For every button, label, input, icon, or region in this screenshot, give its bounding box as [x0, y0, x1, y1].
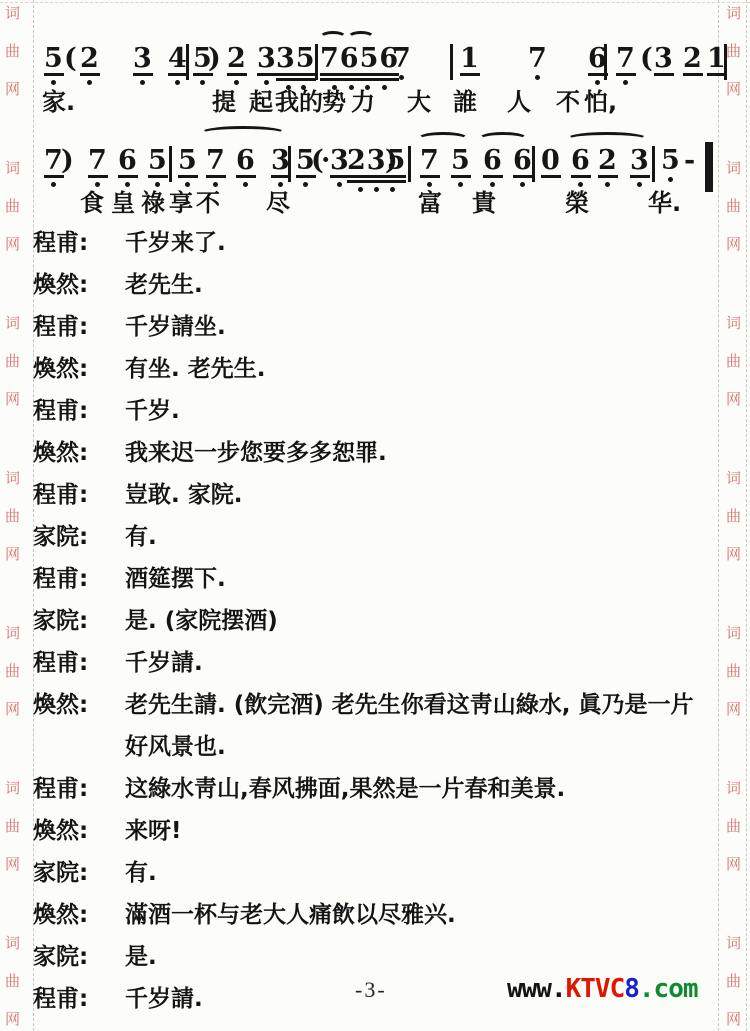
duration-underline	[118, 175, 138, 178]
duration-underline	[88, 175, 108, 178]
watermark-char: 曲	[5, 354, 20, 370]
octave-dot-row	[148, 182, 168, 187]
site-watermark-segment: 8	[624, 974, 639, 1004]
dialogue-text: 千岁請.	[125, 642, 203, 684]
barline	[186, 44, 189, 80]
octave-dot-row	[44, 182, 64, 187]
octave-dot-row	[571, 182, 591, 187]
duration-underline	[276, 73, 316, 76]
duration-underline	[451, 175, 471, 178]
dialogue-line: 家院:有.	[33, 516, 738, 558]
dialogue-line: 家院:有.	[33, 852, 738, 894]
octave-dot-row	[227, 80, 247, 85]
note-digits: 6	[236, 148, 256, 173]
barline	[315, 44, 318, 80]
lyric-syllable: 我	[275, 89, 299, 115]
duration-underline	[257, 73, 277, 76]
octave-dot-row	[271, 182, 291, 187]
jianpu-note: 2	[227, 46, 247, 85]
lyric-syllable: 尽	[266, 190, 290, 216]
dialogue-text: 酒筵摆下.	[125, 558, 226, 600]
duration-underline	[320, 78, 399, 81]
octave-dot-row	[451, 182, 471, 187]
watermark-char: 词	[5, 936, 20, 952]
note-digits: )	[208, 46, 222, 71]
octave-dot	[427, 182, 432, 187]
octave-dot-row	[236, 182, 256, 187]
octave-dot-row	[630, 182, 650, 187]
barline	[169, 146, 172, 182]
watermark-char: 词	[5, 471, 20, 487]
dialogue-line: 煥然:老先生.	[33, 264, 738, 306]
jianpu-note: 7	[88, 148, 108, 187]
note-digits: )	[61, 148, 75, 173]
barline	[450, 44, 453, 80]
lyric-syllable: 起	[249, 89, 273, 115]
jianpu-note: -	[684, 148, 696, 173]
scanned-page: 词曲网词曲网词曲网词曲网词曲网词曲网词曲网 词曲网词曲网词曲网词曲网词曲网词曲网…	[0, 0, 750, 1031]
dialogue-line: 程甫:酒筵摆下.	[33, 558, 738, 600]
dialogue-text: 好风景也.	[125, 726, 226, 768]
duration-underline	[236, 175, 256, 178]
dialogue-text: 千岁.	[125, 390, 180, 432]
duration-underline	[148, 175, 168, 178]
lyric-syllable: 享	[169, 190, 193, 216]
octave-dot-row	[347, 187, 406, 192]
duration-underline	[276, 78, 316, 81]
note-digits: 4	[168, 46, 188, 71]
lyric-syllable: 富	[418, 190, 442, 216]
dialogue-text: 来呀!	[125, 810, 182, 852]
note-digits: 0	[541, 148, 561, 173]
dialogue-line: 程甫:千岁.	[33, 390, 738, 432]
note-digits: 5	[178, 148, 198, 173]
octave-dot	[303, 182, 308, 187]
note-digits: )	[385, 148, 399, 173]
barline	[288, 146, 291, 182]
lyric-syllable: 皇	[111, 190, 135, 216]
octave-dot	[175, 80, 180, 85]
octave-dot	[87, 80, 92, 85]
duration-underline	[513, 175, 533, 178]
dialogue-text: 老先生請. (飲完酒) 老先生你看这靑山綠水, 眞乃是一片	[125, 684, 694, 726]
note-digits: 3	[257, 46, 277, 71]
lyric-syllable: 势	[322, 89, 346, 115]
lyric-syllable: 大	[407, 89, 431, 115]
octave-dot	[520, 182, 525, 187]
lyric-syllable: 家.	[42, 89, 75, 115]
jianpu-note: 7	[420, 148, 440, 187]
octave-dot	[605, 182, 610, 187]
speaker-label: 程甫:	[33, 978, 93, 1020]
jianpu-note: 35	[276, 46, 316, 90]
speaker-label: 家院:	[33, 600, 93, 642]
watermark-char: 网	[5, 392, 20, 408]
jianpu-note: 2	[598, 148, 618, 187]
duration-underline	[420, 175, 440, 178]
speaker-label: 家院:	[33, 936, 93, 978]
octave-dot	[243, 182, 248, 187]
speaker-label: 家院:	[33, 852, 93, 894]
dialogue-line: 程甫:千岁請.	[33, 642, 738, 684]
duration-underline	[683, 73, 703, 76]
dialogue-line: 程甫:千岁来了.	[33, 222, 738, 264]
jianpu-note: )	[61, 148, 75, 173]
speaker-label: 煥然:	[33, 894, 93, 936]
dialogue-text: 有坐. 老先生.	[125, 348, 265, 390]
octave-dot	[200, 80, 205, 85]
octave-dot-row	[420, 182, 440, 187]
dialogue-text: 千岁請.	[125, 978, 203, 1020]
octave-dot	[140, 80, 145, 85]
watermark-char: 词	[5, 316, 20, 332]
speaker-label: 家院:	[33, 516, 93, 558]
jianpu-note: 7	[528, 46, 548, 80]
octave-dot-row	[133, 80, 153, 85]
lyric-syllable: 食	[80, 190, 104, 216]
octave-dot-row	[168, 80, 188, 85]
octave-dot-row	[598, 182, 618, 187]
note-digits: 7	[528, 46, 548, 71]
jianpu-note: 6	[236, 148, 256, 187]
barline	[604, 44, 607, 80]
octave-dot-row	[513, 182, 533, 187]
speaker-label: 煥然:	[33, 684, 93, 726]
duration-underline	[571, 175, 591, 178]
octave-dot	[358, 187, 363, 192]
octave-dot	[337, 182, 342, 187]
note-digits: 3	[630, 148, 650, 173]
jianpu-note: )	[208, 46, 222, 71]
duration-underline	[654, 73, 674, 76]
speaker-label: 程甫:	[33, 306, 93, 348]
lyric-syllable: 不	[556, 89, 580, 115]
duration-underline	[320, 73, 399, 76]
note-digits: 5	[44, 46, 64, 71]
watermark-char: 网	[5, 857, 20, 873]
duration-underline	[541, 175, 561, 178]
dialogue-line: 煥然:来呀!	[33, 810, 738, 852]
octave-dot	[637, 182, 642, 187]
dialogue-line: 程甫:千岁請坐.	[33, 306, 738, 348]
lyric-syllable: 誰	[453, 89, 477, 115]
dialogue-line: 程甫:豈敢. 家院.	[33, 474, 738, 516]
jianpu-note: 3	[133, 46, 153, 85]
speaker-label: 煥然:	[33, 348, 93, 390]
jianpu-note: )	[385, 148, 399, 173]
note-digits: 5	[148, 148, 168, 173]
note-digits: 6	[571, 148, 591, 173]
jianpu-note: 6	[513, 148, 533, 187]
note-digits: 7656	[320, 46, 399, 71]
note-digits: 6	[118, 148, 138, 173]
slur-arc	[347, 31, 375, 45]
octave-dot	[382, 85, 387, 90]
dialogue-text: 这綠水靑山,春风拂面,果然是一片春和美景.	[125, 768, 565, 810]
octave-dot	[264, 80, 269, 85]
octave-dot	[95, 182, 100, 187]
speaker-label: 煥然:	[33, 432, 93, 474]
barline	[724, 44, 727, 80]
speaker-label: 程甫:	[33, 222, 93, 264]
jianpu-note: 5	[661, 148, 681, 182]
jianpu-note: 5	[451, 148, 471, 187]
speaker-label: 煥然:	[33, 810, 93, 852]
dialogue-text: 滿酒一杯与老大人痛飲以尽雅兴.	[125, 894, 456, 936]
jianpu-note: 0	[541, 148, 561, 178]
duration-underline	[616, 73, 636, 76]
octave-dot	[278, 182, 283, 187]
octave-dot	[213, 182, 218, 187]
dialogue-text: 是.	[125, 936, 157, 978]
duration-underline	[460, 73, 480, 76]
site-watermark: www.KTVC8.com	[507, 974, 698, 1004]
jianpu-note: 4	[168, 46, 188, 85]
watermark-char: 词	[5, 781, 20, 797]
dialogue-text: 有.	[125, 516, 157, 558]
slur-arc	[478, 132, 528, 146]
octave-dot	[51, 80, 56, 85]
music-area: 5(2345)2335765671767(321家.提起我的势力大誰人不怕,7)…	[0, 0, 750, 230]
note-digits: 3	[133, 46, 153, 71]
note-digits: 35	[276, 46, 316, 71]
lyric-syllable: 华.	[648, 190, 681, 216]
jianpu-note: 7656	[320, 46, 399, 90]
note-digits: 7	[88, 148, 108, 173]
watermark-char: 曲	[5, 974, 20, 990]
octave-dot	[623, 80, 628, 85]
slur-arc	[417, 132, 469, 146]
octave-dot	[595, 80, 600, 85]
jianpu-note: 7	[392, 46, 412, 80]
note-digits: 7	[206, 148, 226, 173]
duration-underline	[630, 175, 650, 178]
lyric-syllable: 不	[196, 190, 220, 216]
barline	[652, 146, 655, 182]
duration-underline	[206, 175, 226, 178]
dialogue-line: 煥然:滿酒一杯与老大人痛飲以尽雅兴.	[33, 894, 738, 936]
note-digits: 7	[420, 148, 440, 173]
jianpu-note: 3	[630, 148, 650, 187]
jianpu-note: (	[64, 46, 78, 71]
jianpu-note: 3	[654, 46, 674, 76]
octave-dot-row	[483, 182, 503, 187]
note-digits: 7	[392, 46, 412, 71]
duration-underline	[133, 73, 153, 76]
jianpu-note: (	[640, 46, 654, 71]
octave-dot	[155, 182, 160, 187]
octave-dot-row	[44, 80, 64, 85]
dialogue-text: 我来迟一步您要多多恕罪.	[125, 432, 387, 474]
duration-underline	[44, 73, 64, 76]
dialogue: 程甫:千岁来了.煥然:老先生.程甫:千岁請坐.煥然:有坐. 老先生.程甫:千岁.…	[33, 222, 738, 1020]
lyric-syllable: 人	[507, 89, 531, 115]
speaker-label: 煥然:	[33, 264, 93, 306]
octave-dot-row	[206, 182, 226, 187]
octave-dot	[458, 182, 463, 187]
dialogue-text: 千岁来了.	[125, 222, 226, 264]
duration-underline	[178, 175, 198, 178]
site-watermark-segment: .com	[639, 974, 698, 1004]
note-digits: 2	[683, 46, 703, 71]
note-digits: 2	[80, 46, 100, 71]
note-digits: 6	[513, 148, 533, 173]
speaker-label: 程甫:	[33, 390, 93, 432]
octave-dot-row	[88, 182, 108, 187]
duration-underline	[483, 175, 503, 178]
octave-dot-row	[257, 80, 277, 85]
octave-dot	[535, 75, 540, 80]
slur-arc	[200, 126, 286, 140]
watermark-char: 网	[5, 1012, 20, 1028]
speaker-label: 程甫:	[33, 642, 93, 684]
jianpu-note: 6	[571, 148, 591, 187]
watermark-char: 网	[5, 237, 20, 253]
jianpu-note: 2	[80, 46, 100, 85]
lyric-syllable: 提	[212, 89, 236, 115]
note-digits: 2	[598, 148, 618, 173]
barline	[532, 146, 535, 182]
dialogue-line: 程甫:这綠水靑山,春风拂面,果然是一片春和美景.	[33, 768, 738, 810]
octave-dot-row	[392, 75, 412, 80]
final-barline	[705, 142, 713, 192]
duration-underline	[80, 73, 100, 76]
jianpu-note: 7	[206, 148, 226, 187]
jianpu-note: 6	[118, 148, 138, 187]
note-digits: 1	[460, 46, 480, 71]
octave-dot	[399, 75, 404, 80]
octave-dot	[578, 182, 583, 187]
dialogue-line: 煥然:有坐. 老先生.	[33, 348, 738, 390]
duration-underline	[347, 180, 406, 183]
note-digits: (	[640, 46, 654, 71]
octave-dot-row	[661, 177, 681, 182]
octave-dot	[51, 182, 56, 187]
jianpu-note: 3	[257, 46, 277, 85]
octave-dot-row	[118, 182, 138, 187]
dialogue-text: 有.	[125, 852, 157, 894]
octave-dot-row	[296, 182, 316, 187]
jianpu-note: 5	[178, 148, 198, 187]
octave-dot-row	[193, 80, 213, 85]
slur-arc	[566, 132, 648, 146]
note-digits: 5	[661, 148, 681, 173]
speaker-label: 程甫:	[33, 474, 93, 516]
slur-arc	[319, 31, 347, 45]
dialogue-line: 家院:是.	[33, 936, 738, 978]
octave-dot	[185, 182, 190, 187]
octave-dot-row	[528, 75, 548, 80]
jianpu-note: 6	[483, 148, 503, 187]
octave-dot	[374, 187, 379, 192]
speaker-spacer	[33, 726, 93, 768]
note-digits: 7	[616, 46, 636, 71]
octave-dot	[390, 187, 395, 192]
jianpu-note: 5	[44, 46, 64, 85]
octave-dot-row	[178, 182, 198, 187]
watermark-char: 曲	[5, 819, 20, 835]
octave-dot	[234, 80, 239, 85]
watermark-char: 曲	[5, 509, 20, 525]
dialogue-text: 是. (家院摆酒)	[125, 600, 278, 642]
lyric-syllable: 祿	[141, 190, 165, 216]
dialogue-text: 千岁請坐.	[125, 306, 226, 348]
octave-dot	[125, 182, 130, 187]
note-digits: (	[64, 46, 78, 71]
note-digits: 6	[483, 148, 503, 173]
watermark-char: 曲	[5, 664, 20, 680]
dialogue-text: 豈敢. 家院.	[125, 474, 242, 516]
octave-dot-row	[588, 80, 608, 85]
jianpu-note: 7	[616, 46, 636, 85]
note-digits: 5	[451, 148, 471, 173]
note-digits: 3	[654, 46, 674, 71]
lyric-syllable: 貴	[472, 190, 496, 216]
dialogue-line: 家院:是. (家院摆酒)	[33, 600, 738, 642]
dialogue-line: 煥然:老先生請. (飲完酒) 老先生你看这靑山綠水, 眞乃是一片	[33, 684, 738, 726]
lyric-syllable: 的	[299, 89, 323, 115]
note-digits: 2	[227, 46, 247, 71]
duration-underline	[168, 73, 188, 76]
octave-dot-row	[616, 80, 636, 85]
dialogue-text: 老先生.	[125, 264, 203, 306]
lyric-syllable: 力	[351, 89, 375, 115]
note-digits: -	[684, 148, 696, 173]
jianpu-note: 5	[148, 148, 168, 187]
duration-underline	[598, 175, 618, 178]
lyric-syllable: 怕,	[584, 89, 617, 115]
page-number: -3-	[355, 977, 387, 1003]
dialogue-line: 煥然:我来迟一步您要多多恕罪.	[33, 432, 738, 474]
dialogue-line-continuation: 好风景也.	[33, 726, 738, 768]
watermark-char: 网	[5, 702, 20, 718]
speaker-label: 程甫:	[33, 768, 93, 810]
octave-dot-row	[80, 80, 100, 85]
speaker-label: 程甫:	[33, 558, 93, 600]
lyric-syllable: 榮	[565, 190, 589, 216]
octave-dot	[668, 177, 673, 182]
jianpu-note: 1	[460, 46, 480, 76]
duration-underline	[227, 73, 247, 76]
barline	[408, 146, 411, 182]
site-watermark-segment: www.	[507, 974, 566, 1004]
site-watermark-segment: KTVC	[566, 974, 625, 1004]
jianpu-note: 2	[683, 46, 703, 76]
watermark-char: 网	[5, 547, 20, 563]
octave-dot	[490, 182, 495, 187]
watermark-char: 词	[5, 626, 20, 642]
